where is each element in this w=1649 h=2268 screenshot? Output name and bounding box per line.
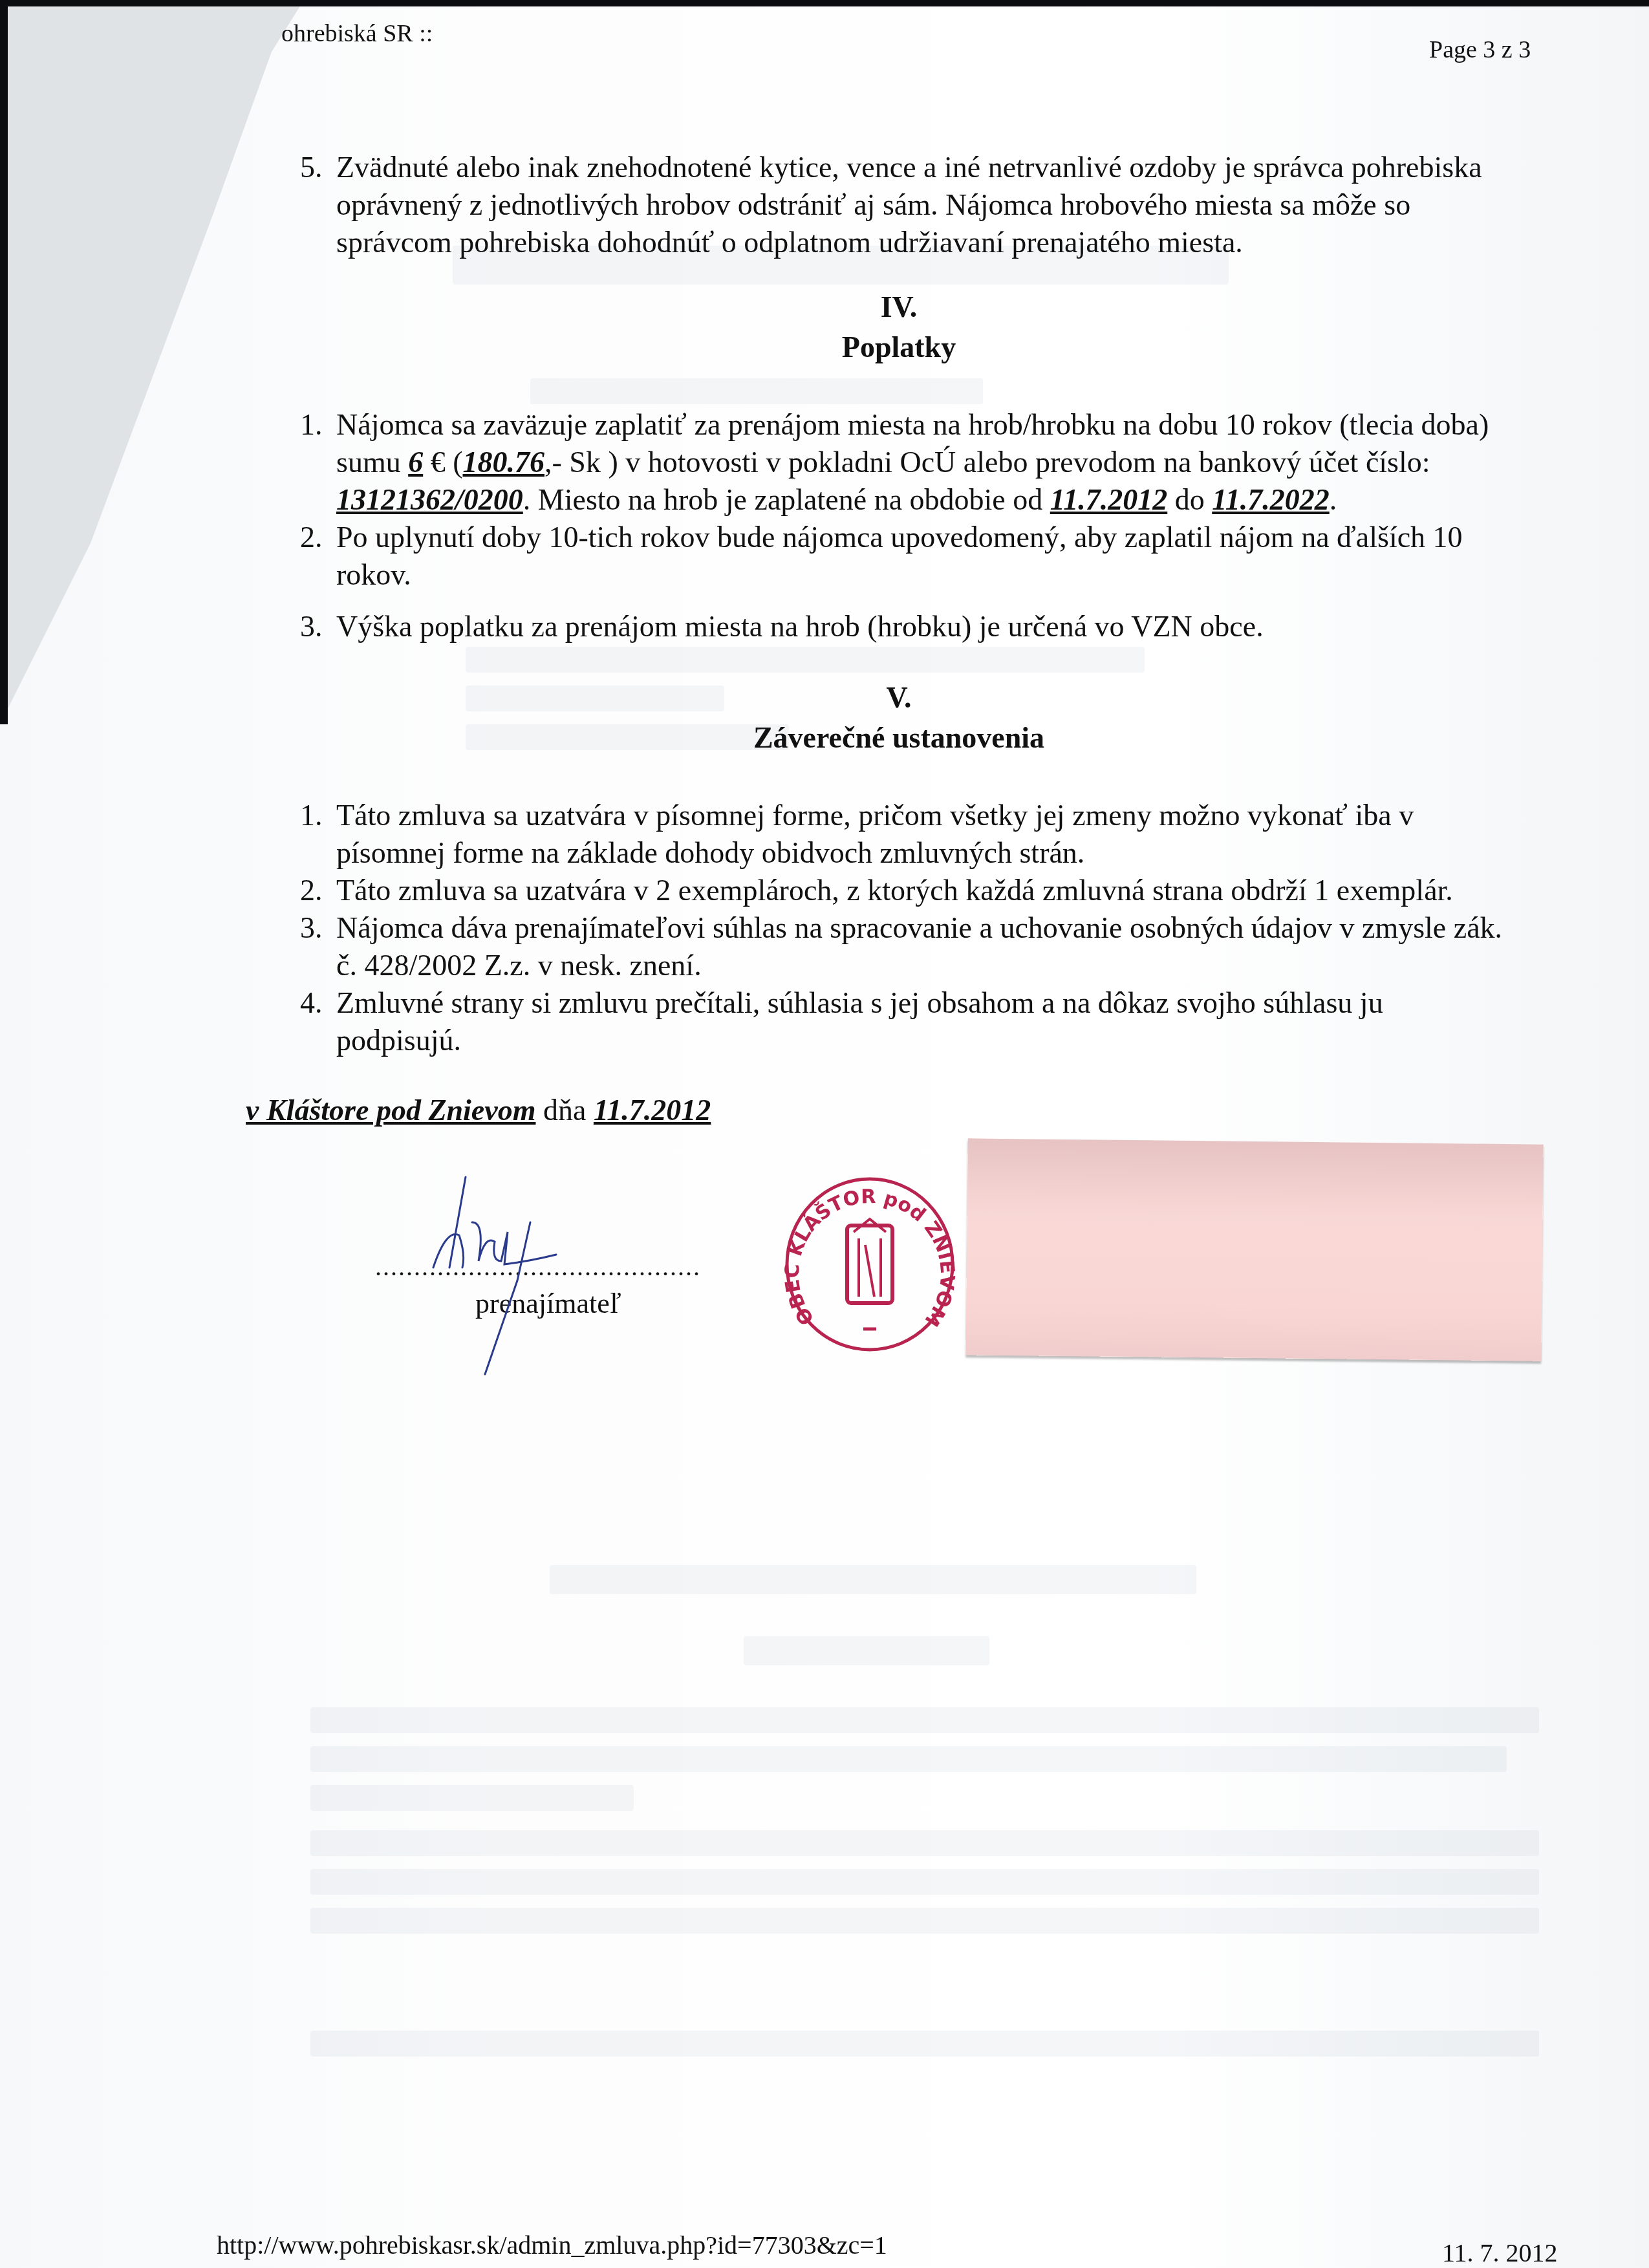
article-3-item-5: Zvädnuté alebo inak znehodnotené kytice,… (330, 149, 1513, 261)
municipal-stamp: OBEC KLÁŠTOR pod ZNIEVOM (776, 1167, 964, 1355)
article-3-list: Zvädnuté alebo inak znehodnotené kytice,… (285, 149, 1513, 261)
final-item-3: Nájomca dáva prenajímateľovi súhlas na s… (330, 909, 1513, 984)
scan-edge-left (0, 0, 8, 724)
section-5-title: Záverečné ustanovenia (285, 718, 1513, 758)
section-4-numeral: IV. (285, 287, 1513, 327)
signing-place: v Kláštore pod Znievom (246, 1094, 535, 1127)
fee-item-3: Výška poplatku za prenájom miesta na hro… (330, 608, 1513, 645)
footer-url: http://www.pohrebiskasr.sk/admin_zmluva.… (217, 2230, 887, 2260)
signing-place-date: v Kláštore pod Znievom dňa 11.7.2012 (246, 1093, 711, 1127)
section-5-list: Táto zmluva sa uzatvára v písomnej forme… (285, 797, 1513, 1059)
final-item-4: Zmluvné strany si zmluvu prečítali, súhl… (330, 984, 1513, 1059)
footer-date: 11. 7. 2012 (1442, 2238, 1558, 2268)
bank-account-number: 13121362/0200 (336, 483, 523, 516)
scan-edge-top (0, 0, 1649, 6)
section-4-title: Poplatky (285, 327, 1513, 367)
final-item-1: Táto zmluva sa uzatvára v písomnej forme… (330, 797, 1513, 872)
contract-body: Zvädnuté alebo inak znehodnotené kytice,… (285, 149, 1513, 1059)
page-indicator: Page 3 z 3 (1429, 36, 1531, 64)
section-4-list: Nájomca sa zaväzuje zaplatiť za prenájom… (285, 406, 1513, 645)
amount-eur: 6 (408, 446, 423, 479)
period-from-date: 11.7.2012 (1050, 483, 1167, 516)
redaction-sticker (965, 1138, 1543, 1361)
amount-sk: 180.76 (463, 446, 545, 479)
section-4-heading: IV. Poplatky (285, 287, 1513, 367)
fee-item-2: Po uplynutí doby 10-tich rokov bude nájo… (330, 519, 1513, 594)
section-5-heading: V. Záverečné ustanovenia (285, 678, 1513, 758)
final-item-2: Táto zmluva sa uzatvára v 2 exemplároch,… (330, 872, 1513, 909)
fee-item-1: Nájomca sa zaväzuje zaplatiť za prenájom… (330, 406, 1513, 519)
handwritten-signature (388, 1171, 595, 1377)
signing-date: 11.7.2012 (594, 1094, 711, 1127)
period-to-date: 11.7.2022 (1212, 483, 1329, 516)
section-5-numeral: V. (285, 678, 1513, 718)
site-title: ohrebiská SR :: (281, 19, 433, 48)
